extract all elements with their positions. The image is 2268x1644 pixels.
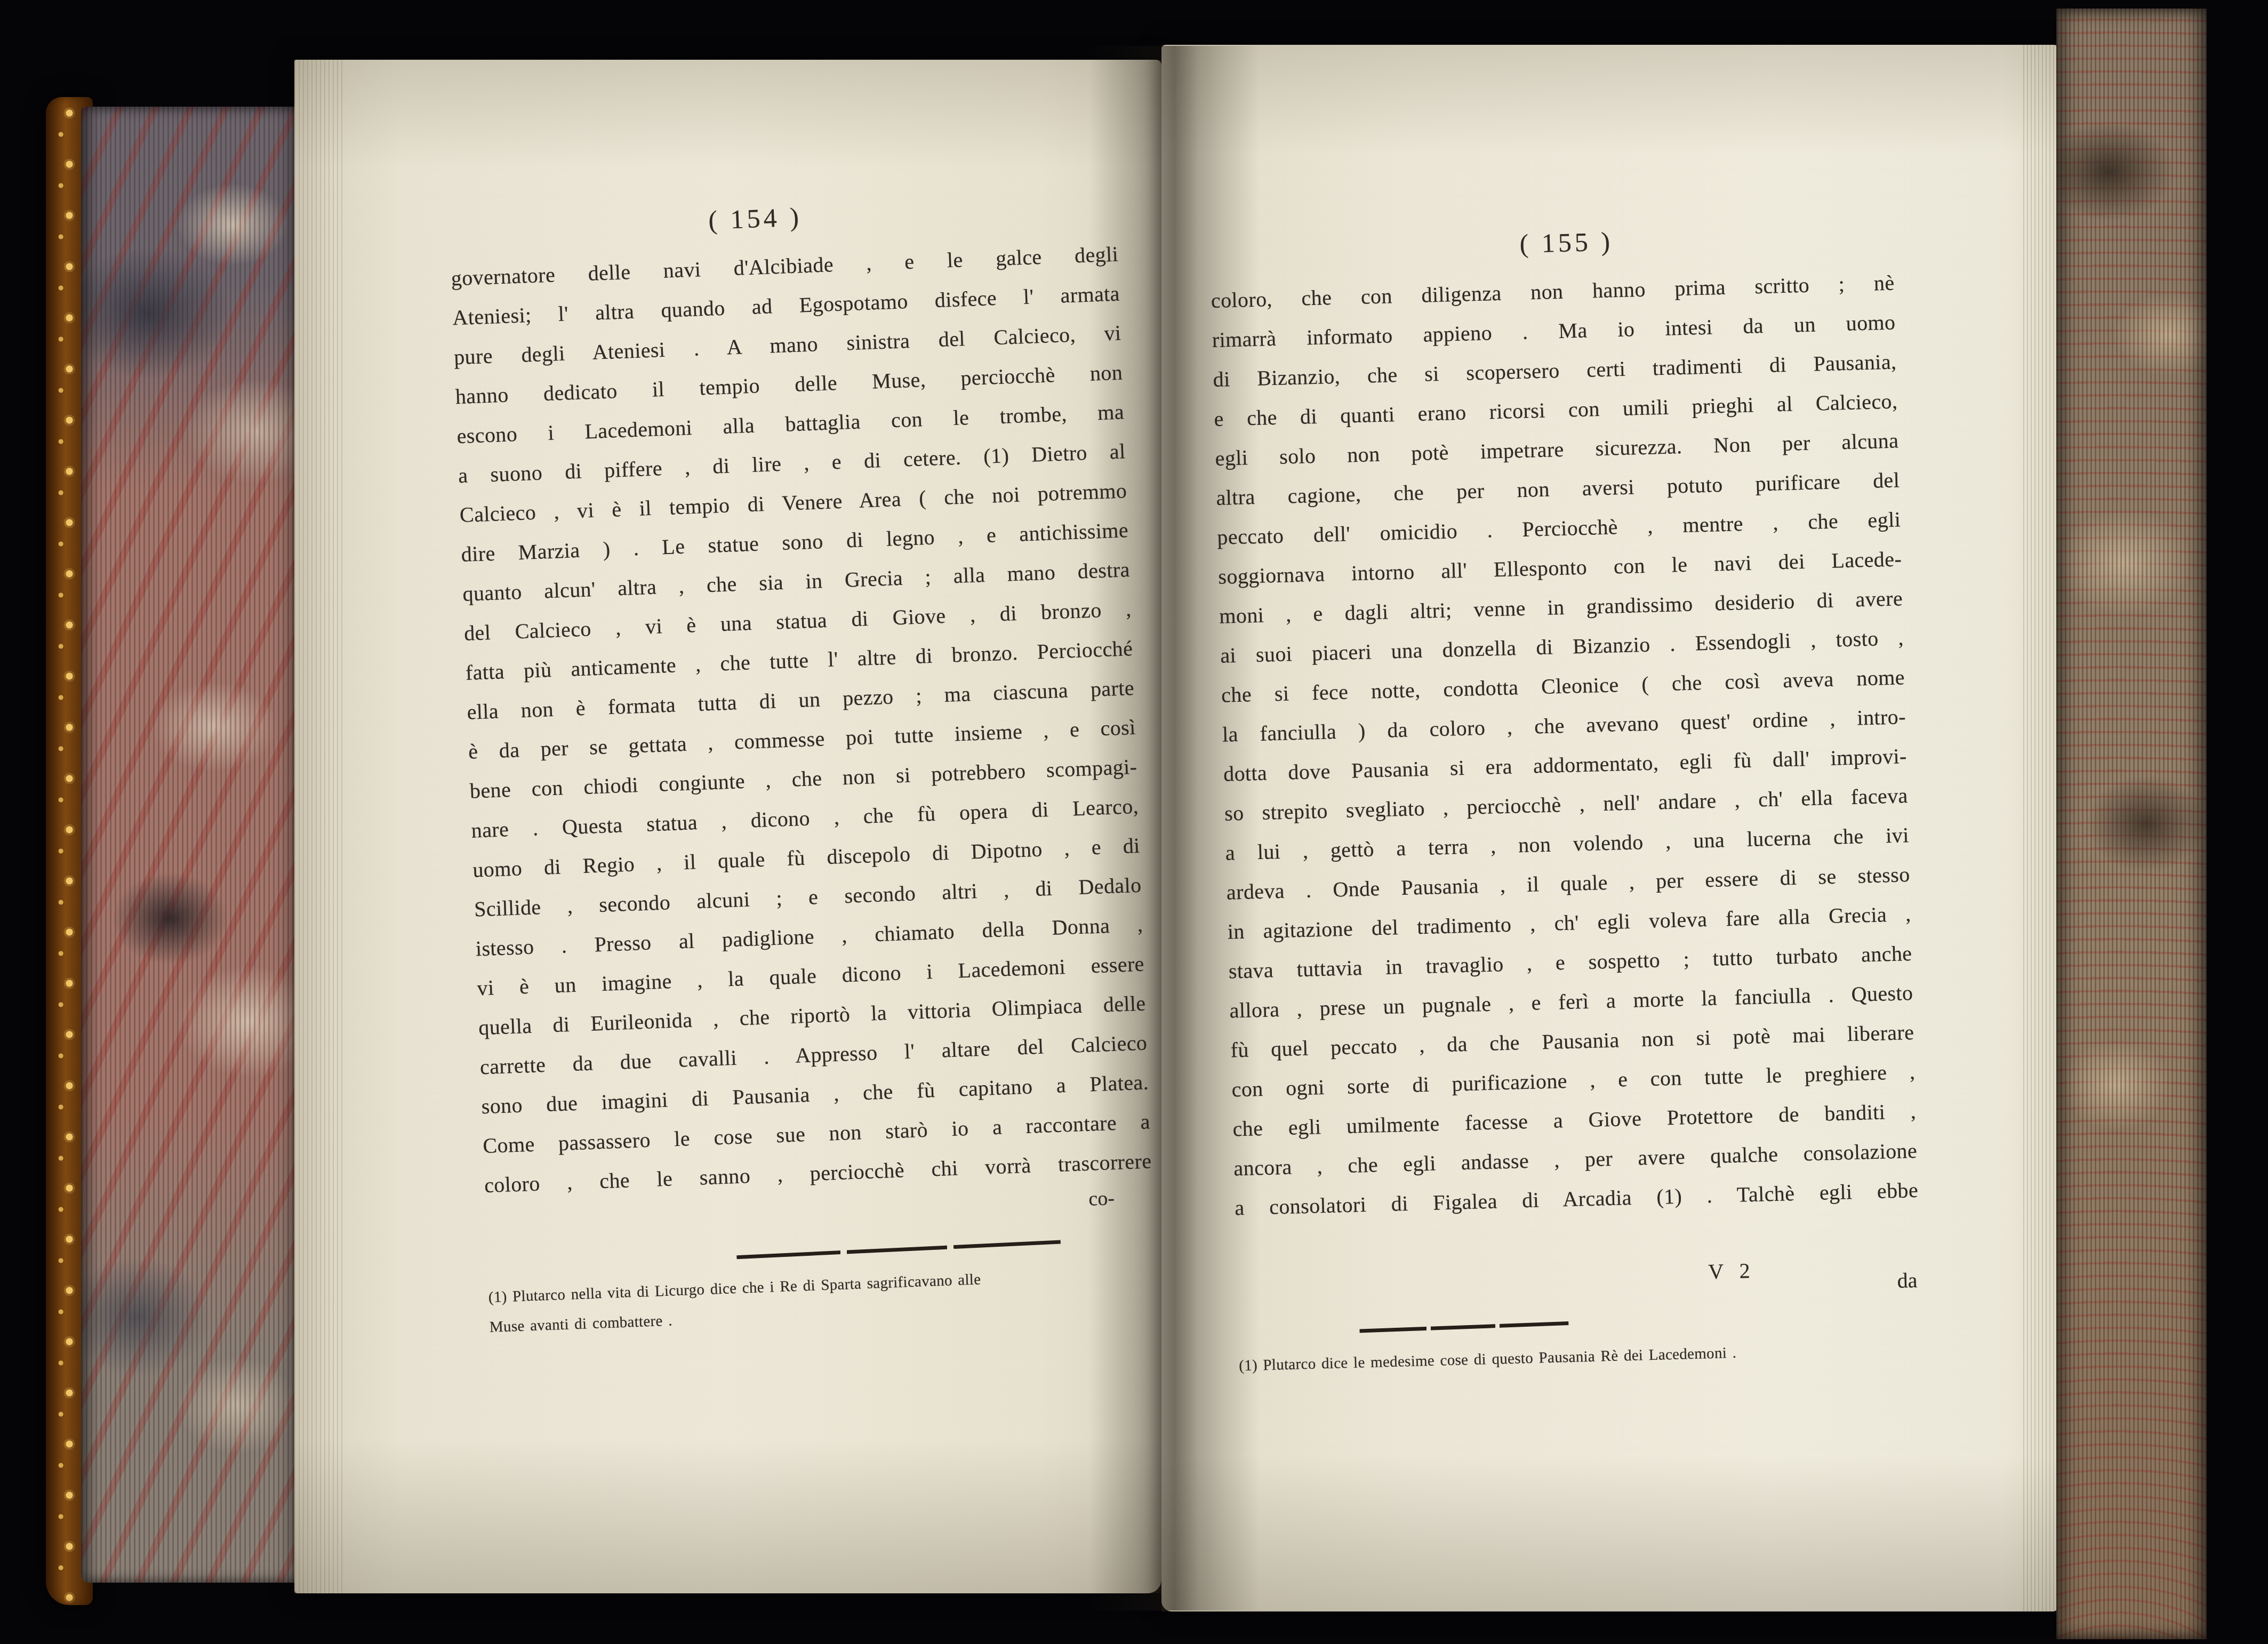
book-page-right: ( 155 ) coloro, che con diligenza non ha… [1161,45,2057,1611]
footnote-line: (1) Plutarco dice le medesime cose di qu… [1238,1333,1922,1381]
body-text-155: coloro, che con diligenza non hanno prim… [1211,263,1920,1267]
footnote-rule [1359,1321,1568,1333]
gathering-signature: V 2 [1708,1254,1756,1289]
book-page-left: ( 154 ) governatore delle navi d'Alcibia… [294,60,1161,1593]
photo-open-antique-book: ( 154 ) governatore delle navi d'Alcibia… [0,0,2268,1644]
page-number-154: ( 154 ) [421,191,1089,246]
page-number-155: ( 155 ) [1224,218,1909,267]
footnotes-155: (1) Plutarco dice le medesime cose di qu… [1238,1333,1922,1381]
body-text-154: governatore delle navi d'Alcibiade , e l… [450,235,1152,1206]
catchword: co- [1088,1187,1115,1210]
page-leaves-edge [2023,45,2057,1611]
page-leaves-edge [294,60,346,1593]
printed-text-block-154: ( 154 ) governatore delle navi d'Alcibia… [448,190,1157,1342]
printed-text-block-155: ( 155 ) coloro, che con diligenza non ha… [1209,219,1923,1381]
catchword: da [1897,1263,1918,1298]
footnotes-154: (1) Plutarco nella vita di Licurgo dice … [488,1258,1157,1342]
marbled-fore-edge-right [2056,9,2207,1639]
marbled-fore-edge-left [81,107,304,1583]
footnote-rule [736,1240,1061,1260]
